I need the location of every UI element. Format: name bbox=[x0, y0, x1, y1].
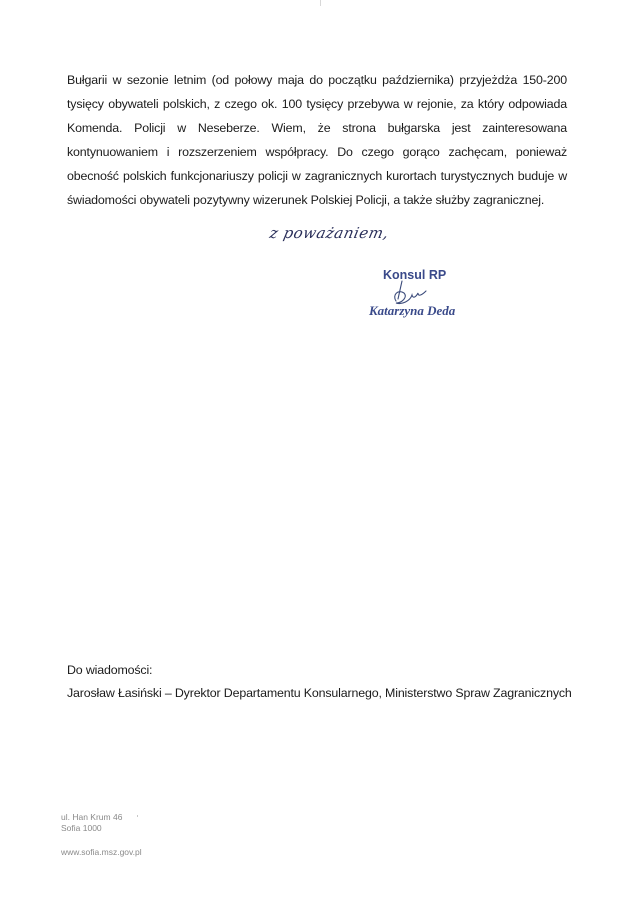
cc-recipient: Jarosław Łasiński – Dyrektor Departament… bbox=[67, 682, 572, 705]
letter-body: Bułgarii w sezonie letnim (od połowy maj… bbox=[67, 68, 567, 212]
footer-street: ul. Han Krum 46 bbox=[61, 812, 142, 823]
body-paragraph: Bułgarii w sezonie letnim (od połowy maj… bbox=[67, 68, 567, 212]
page-top-mark bbox=[320, 0, 321, 6]
signer-name-stamp: Katarzyna Deda bbox=[369, 303, 455, 319]
signature-block: z poważaniem, Konsul RP Katarzyna Deda bbox=[270, 224, 490, 324]
handwritten-closing: z poważaniem, bbox=[268, 224, 391, 242]
footer-city: Sofia 1000 bbox=[61, 823, 142, 834]
footer-address: ul. Han Krum 46 Sofia 1000 www.sofia.msz… bbox=[61, 812, 142, 858]
cc-label: Do wiadomości: bbox=[67, 659, 572, 682]
footer-website: www.sofia.msz.gov.pl bbox=[61, 847, 142, 858]
cc-block: Do wiadomości: Jarosław Łasiński – Dyrek… bbox=[67, 659, 572, 705]
